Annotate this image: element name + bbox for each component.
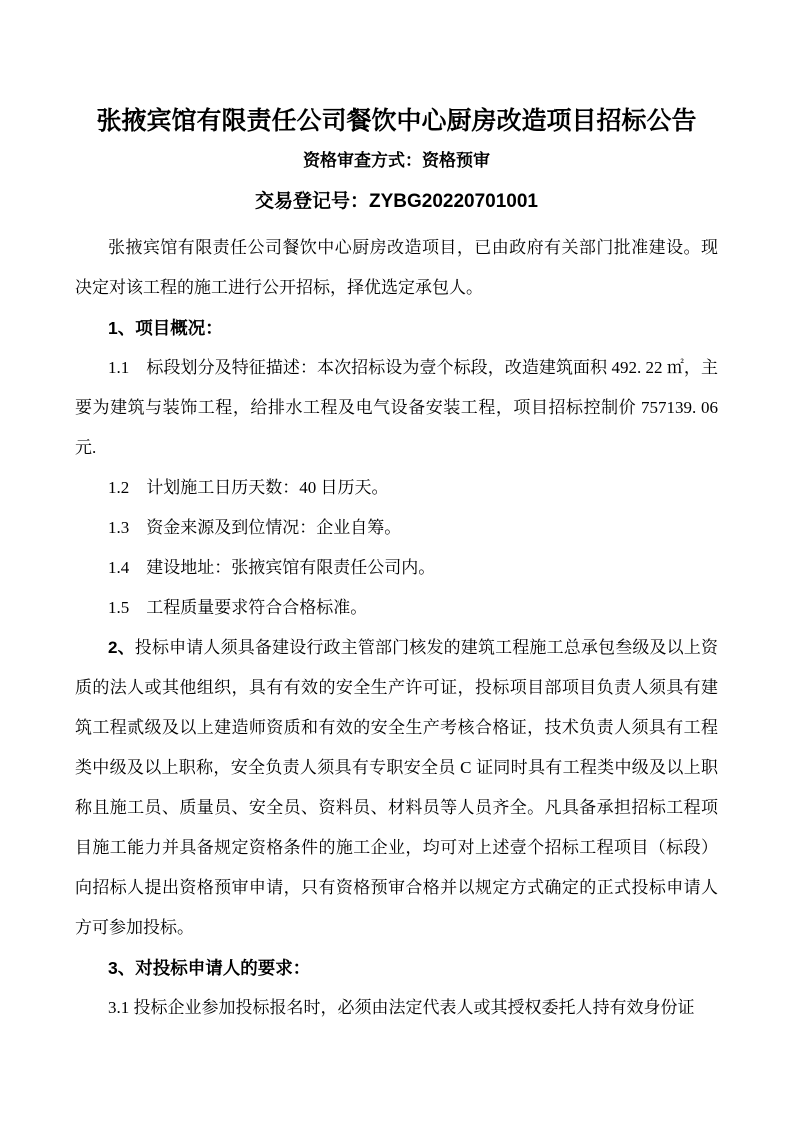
document-page: 张掖宾馆有限责任公司餐饮中心厨房改造项目招标公告 资格审查方式：资格预审 交易登… [0, 0, 793, 1122]
qualification-method-line: 资格审查方式：资格预审 [75, 148, 718, 174]
section1-heading: 1、项目概况： [75, 308, 718, 348]
section3-item-1: 3.1 投标企业参加投标报名时，必须由法定代表人或其授权委托人持有效身份证 [75, 988, 718, 1028]
section1-item-4: 1.4 建设地址：张掖宾馆有限责任公司内。 [75, 548, 718, 588]
section1-item-3: 1.3 资金来源及到位情况：企业自筹。 [75, 508, 718, 548]
section3-heading: 3、对投标申请人的要求： [75, 948, 718, 988]
section2-text: 投标申请人须具备建设行政主管部门核发的建筑工程施工总承包叁级及以上资质的法人或其… [75, 638, 718, 937]
intro-paragraph: 张掖宾馆有限责任公司餐饮中心厨房改造项目，已由政府有关部门批准建设。现决定对该工… [75, 228, 718, 308]
registration-number-line: 交易登记号：ZYBG20220701001 [75, 188, 718, 216]
document-title: 张掖宾馆有限责任公司餐饮中心厨房改造项目招标公告 [75, 104, 718, 138]
section1-item-1: 1.1 标段划分及特征描述：本次招标设为壹个标段，改造建筑面积 492. 22 … [75, 348, 718, 468]
section2-paragraph: 2、投标申请人须具备建设行政主管部门核发的建筑工程施工总承包叁级及以上资质的法人… [75, 628, 718, 948]
section1-item-5: 1.5 工程质量要求符合合格标准。 [75, 588, 718, 628]
section1-item-2: 1.2 计划施工日历天数：40 日历天。 [75, 468, 718, 508]
section2-number: 2、 [108, 638, 135, 657]
